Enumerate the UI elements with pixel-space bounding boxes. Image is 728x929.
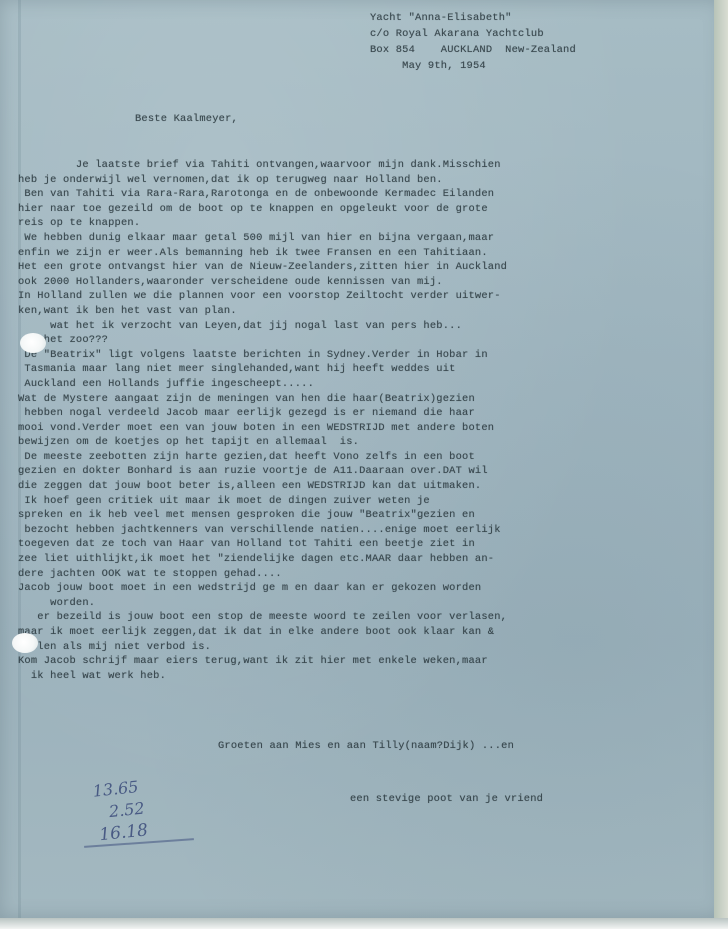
paper-right-edge (714, 0, 728, 929)
letter-body-line: zee liet uithlijkt,ik moet het "ziendeli… (18, 552, 507, 567)
letter-body-line: De meeste zeebotten zijn harte gezien,da… (18, 450, 507, 465)
paper-bottom-edge (0, 918, 728, 929)
letterhead-yacht-name: Yacht "Anna-Elisabeth" (370, 12, 512, 24)
letter-body-line: In Holland zullen we die plannen voor ee… (18, 289, 507, 304)
letterhead: Yacht "Anna-Elisabeth" c/o Royal Akarana… (370, 10, 576, 74)
letter-body-line: spreken en ik heb veel met mensen gespro… (18, 508, 507, 523)
letter-body-line: Het een grote ontvangst hier van de Nieu… (18, 260, 507, 275)
letter-body-line: maar ik moet eerlijk zeggen,dat ik dat i… (18, 625, 507, 640)
letter-body-line: worden. (18, 596, 507, 611)
letterhead-city: Box 854 AUCKLAND New-Zealand (370, 44, 576, 56)
letter-body-line: is het zoo??? (18, 333, 507, 348)
letter-body-line: reis op te knappen. (18, 216, 507, 231)
letter-sheet: Yacht "Anna-Elisabeth" c/o Royal Akarana… (0, 0, 722, 918)
closing-greeting: Groeten aan Mies en aan Tilly(naam?Dijk)… (218, 740, 514, 752)
letter-body-line: hebben nogal verdeeld Jacob maar eerlijk… (18, 406, 507, 421)
handwritten-line-1: 13.65 (92, 777, 140, 801)
letter-body-line: die zeggen dat jouw boot beter is,alleen… (18, 479, 507, 494)
letter-body-line: toegeven dat ze toch van Haar van Hollan… (18, 537, 507, 552)
letter-body-line: heb je onderwijl wel vernomen,dat ik op … (18, 173, 507, 188)
handwritten-annotation: 13.65 2.52 16.18 (92, 776, 149, 847)
signature-line: een stevige poot van je vriend (350, 793, 543, 805)
letter-body-line: enfin we zijn er weer.Als bemanning heb … (18, 246, 507, 261)
letter-body-line: Je laatste brief via Tahiti ontvangen,wa… (18, 158, 507, 173)
letter-body: Je laatste brief via Tahiti ontvangen,wa… (18, 158, 507, 683)
letter-body-line: Ik hoef geen critiek uit maar ik moet de… (18, 494, 507, 509)
letter-body-line: Wat de Mystere aangaat zijn de meningen … (18, 392, 507, 407)
letter-body-line: Ben van Tahiti via Rara-Rara,Rarotonga e… (18, 187, 507, 202)
letter-body-line: ken,want ik ben het vast van plan. (18, 304, 507, 319)
letter-body-line: Tasmania maar lang niet meer singlehande… (18, 362, 507, 377)
salutation: Beste Kaalmeyer, (135, 113, 238, 125)
letter-body-line: er bezeild is jouw boot een stop de mees… (18, 610, 507, 625)
letter-body-line: Auckland een Hollands juffie ingescheept… (18, 377, 507, 392)
letter-body-line: mooi vond.Verder moet een van jouw boten… (18, 421, 507, 436)
letterhead-club-address: c/o Royal Akarana Yachtclub (370, 28, 544, 40)
letter-body-line: ik heel wat werk heb. (18, 669, 507, 684)
letter-body-line: hier naar toe gezeild om de boot op te k… (18, 202, 507, 217)
letter-body-line: We hebben dunig elkaar maar getal 500 mi… (18, 231, 507, 246)
letter-body-line: gezien en dokter Bonhard is aan ruzie vo… (18, 464, 507, 479)
letter-body-line: Jacob jouw boot moet in een wedstrijd ge… (18, 581, 507, 596)
letter-body-line: dere jachten OOK wat te stoppen gehad...… (18, 567, 507, 582)
punch-hole-top (20, 333, 46, 353)
letter-body-line: Kom Jacob schrijf maar eiers terug,want … (18, 654, 507, 669)
punch-hole-bottom (12, 633, 38, 653)
letter-body-line: ook 2000 Hollanders,waaronder verscheide… (18, 275, 507, 290)
letter-body-line: De "Beatrix" ligt volgens laatste berich… (18, 348, 507, 363)
letter-body-line: wat het ik verzocht van Leyen,dat jij no… (18, 319, 507, 334)
letter-body-line: spelen als mij niet verbod is. (18, 640, 507, 655)
letter-date: May 9th, 1954 (370, 60, 486, 72)
letter-body-line: bewijzen om de koetjes op het tapijt en … (18, 435, 507, 450)
letter-body-line: bezocht hebben jachtkenners van verschil… (18, 523, 507, 538)
